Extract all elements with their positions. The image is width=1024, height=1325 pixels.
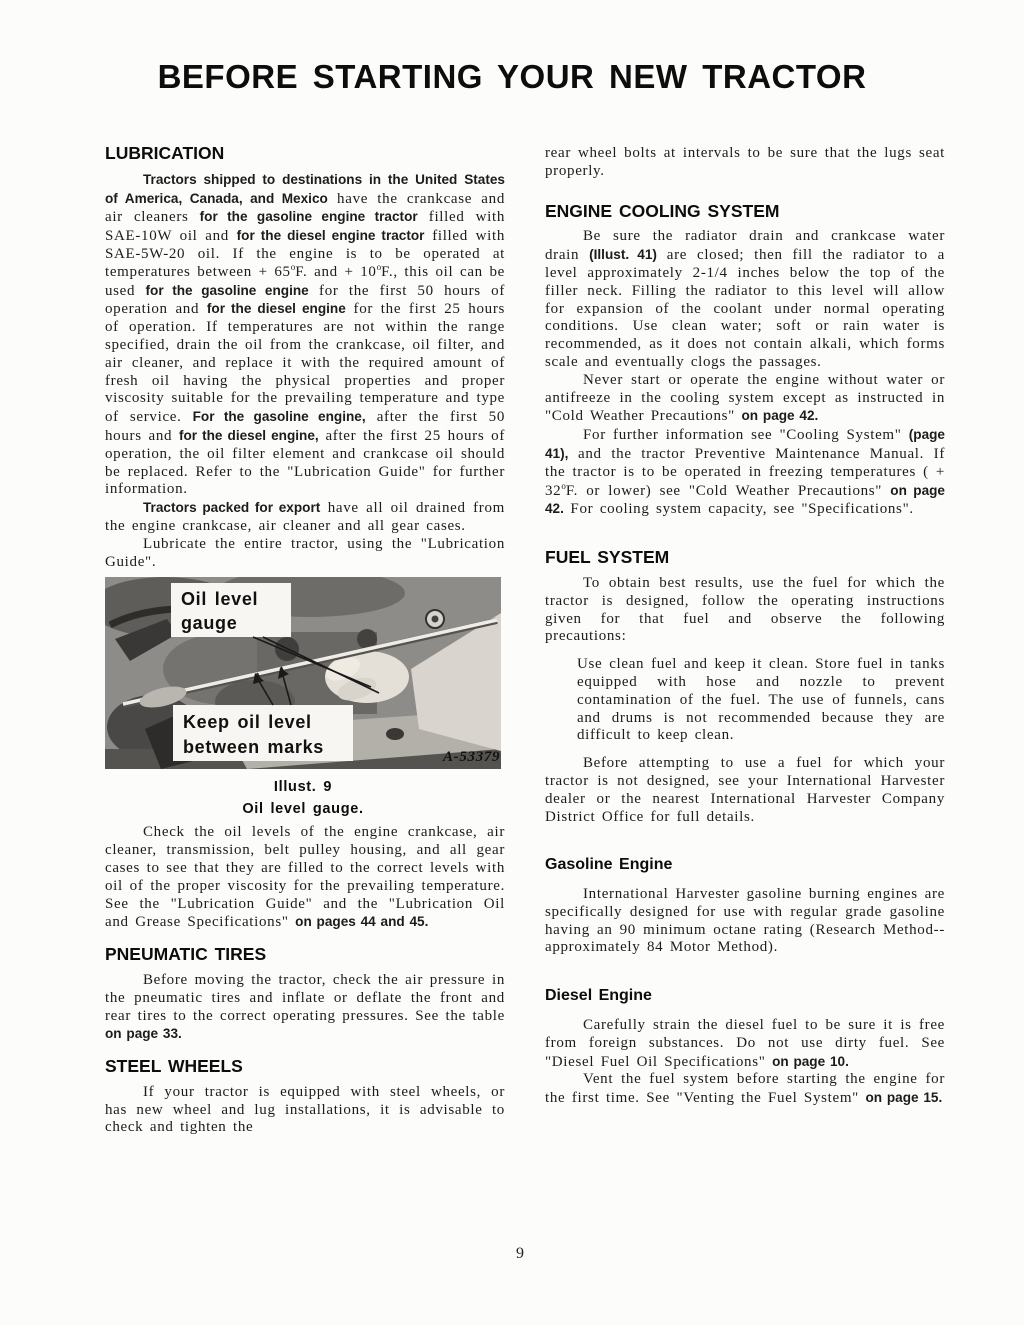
figure-caption: Illust. 9 Oil level gauge. — [105, 776, 501, 820]
figure-caption-number: Illust. 9 — [105, 776, 501, 798]
photo-label-keep-oil-level-line2: between marks — [183, 737, 324, 757]
paragraph: Check the oil levels of the engine crank… — [105, 824, 505, 932]
section-heading: LUBRICATION — [105, 145, 505, 163]
section-heading: FUEL SYSTEM — [545, 549, 945, 567]
paragraph: Tractors shipped to destinations in the … — [105, 171, 505, 499]
page-title: BEFORE STARTING YOUR NEW TRACTOR — [0, 58, 1024, 96]
paragraph: For further information see "Cooling Sys… — [545, 426, 945, 519]
section-heading: PNEUMATIC TIRES — [105, 946, 505, 964]
paragraph: To obtain best results, use the fuel for… — [545, 575, 945, 646]
section-subheading: Diesel Engine — [545, 987, 945, 1005]
left-column-top-blocks: LUBRICATIONTractors shipped to destinati… — [105, 145, 505, 571]
paragraph: Before moving the tractor, check the air… — [105, 972, 505, 1044]
oil-gauge-figure: Oil level gauge Keep oil level between m… — [105, 577, 501, 820]
paragraph: Vent the fuel system before starting the… — [545, 1071, 945, 1108]
paragraph: Before attempting to use a fuel for whic… — [545, 755, 945, 826]
paragraph: rear wheel bolts at intervals to be sure… — [545, 145, 945, 181]
oil-gauge-photo: Oil level gauge Keep oil level between m… — [105, 577, 501, 769]
figure-caption-text: Oil level gauge. — [105, 798, 501, 820]
section-heading: ENGINE COOLING SYSTEM — [545, 203, 945, 221]
paragraph: Lubricate the entire tractor, using the … — [105, 536, 505, 572]
photo-label-oil-level-gauge-line1: Oil level — [181, 589, 258, 609]
paragraph: Carefully strain the diesel fuel to be s… — [545, 1017, 945, 1071]
photo-label-oil-level-gauge-line2: gauge — [181, 613, 237, 633]
paragraph: Never start or operate the engine withou… — [545, 372, 945, 426]
section-heading: STEEL WHEELS — [105, 1058, 505, 1076]
paragraph: Use clean fuel and keep it clean. Store … — [577, 656, 945, 745]
right-column: rear wheel bolts at intervals to be sure… — [545, 145, 945, 1108]
paragraph: Be sure the radiator drain and crankcase… — [545, 228, 945, 371]
page-number: 9 — [0, 1245, 1024, 1263]
paragraph: If your tractor is equipped with steel w… — [105, 1084, 505, 1137]
paragraph: Tractors packed for export have all oil … — [105, 499, 505, 536]
photo-id: A-53379 — [442, 749, 500, 765]
left-column: LUBRICATIONTractors shipped to destinati… — [105, 145, 505, 1137]
left-column-bottom-blocks: Check the oil levels of the engine crank… — [105, 824, 505, 1137]
photo-label-keep-oil-level-line1: Keep oil level — [183, 712, 312, 732]
manual-page: BEFORE STARTING YOUR NEW TRACTOR LUBRICA… — [0, 0, 1024, 1325]
paragraph: International Harvester gasoline burning… — [545, 886, 945, 957]
section-subheading: Gasoline Engine — [545, 856, 945, 874]
